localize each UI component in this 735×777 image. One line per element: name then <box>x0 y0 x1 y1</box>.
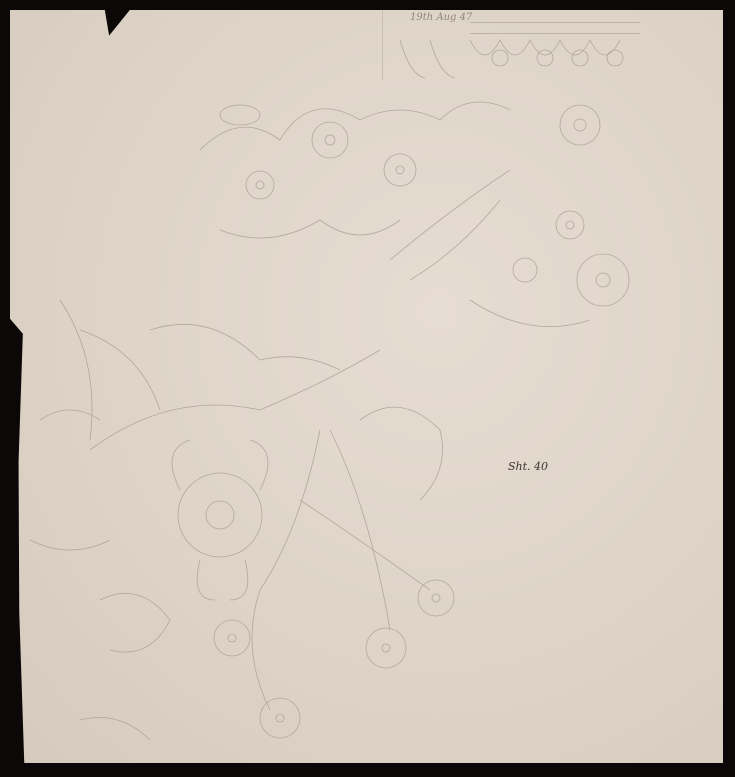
upper-floral-band <box>200 102 629 327</box>
main-floral-spray <box>30 300 454 740</box>
scalloped-border <box>400 40 623 78</box>
top-pencil-note: 19th Aug 47 <box>410 12 472 23</box>
sheet-number-inscription: Sht. 40 <box>508 460 548 473</box>
floral-pencil-drawing <box>0 0 735 777</box>
